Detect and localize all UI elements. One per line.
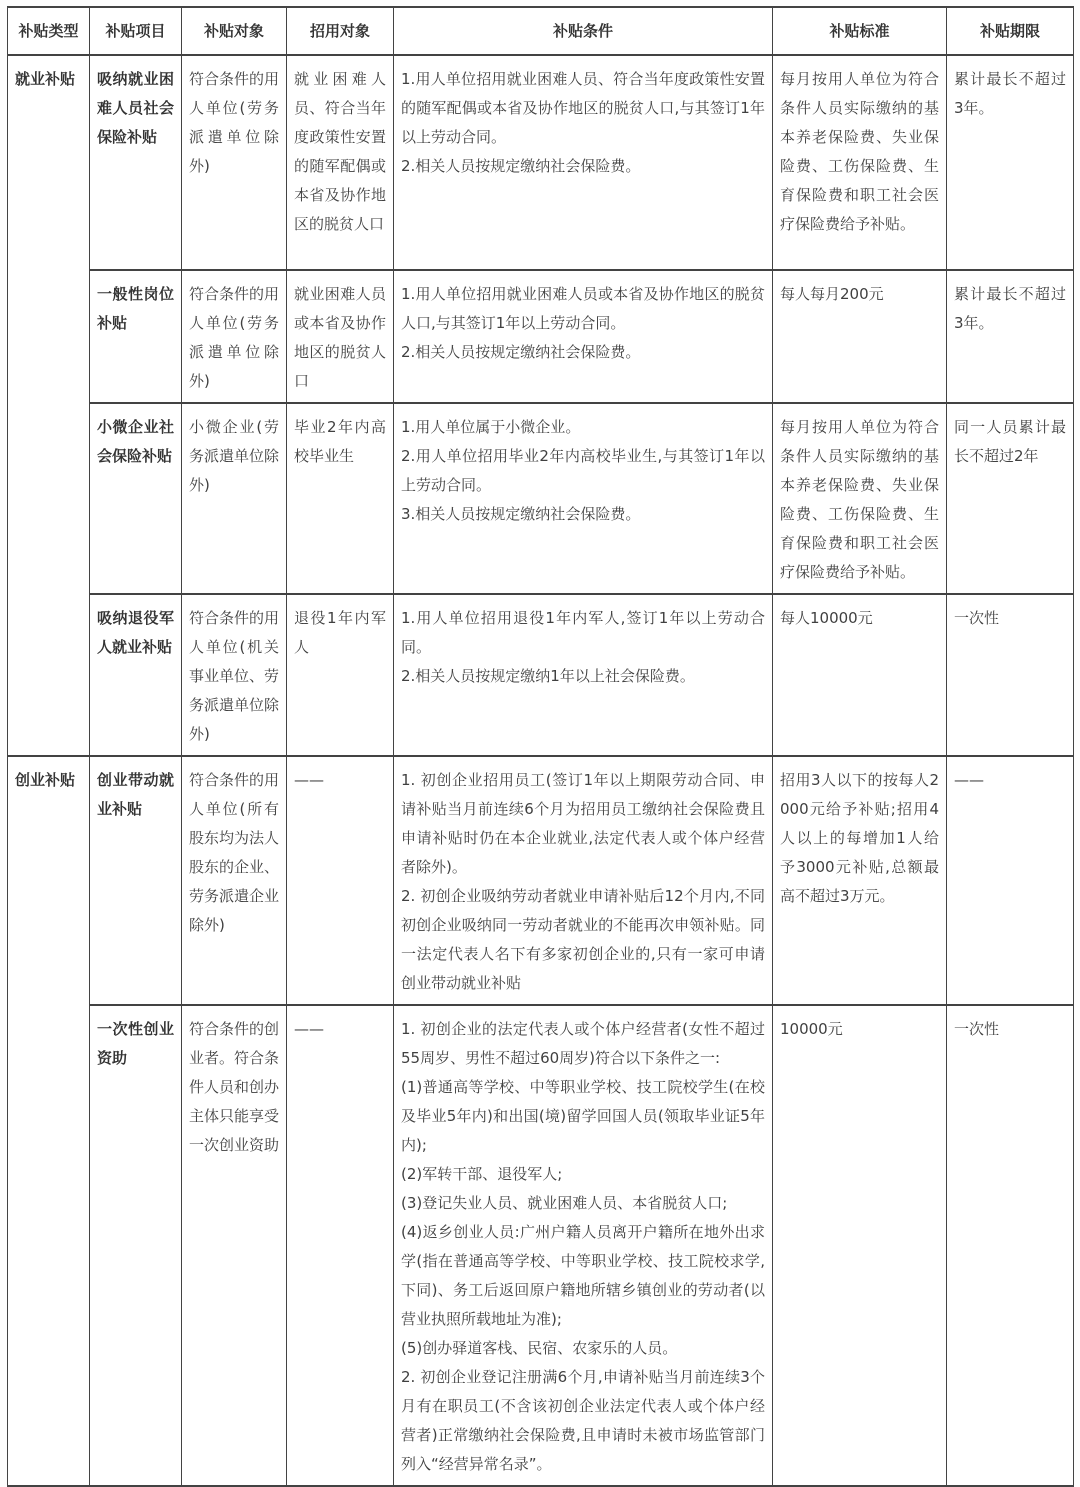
target-cell: 小微企业(劳务派遣单位除外) [182, 403, 287, 594]
recruit-cell: 就业困难人员或本省及协作地区的脱贫人口 [287, 270, 394, 403]
standard-cell: 每月按用人单位为符合条件人员实际缴纳的基本养老保险费、失业保险费、工伤保险费、生… [773, 55, 947, 270]
recruit-cell: 毕业2年内高校毕业生 [287, 403, 394, 594]
recruit-cell: 就业困难人员、符合当年度政策性安置的随军配偶或本省及协作地区的脱贫人口 [287, 55, 394, 270]
header-standard: 补贴标准 [773, 7, 947, 55]
subsidy-table-container: 补贴类型 补贴项目 补贴对象 招用对象 补贴条件 补贴标准 补贴期限 就业补贴 … [0, 0, 1080, 1487]
subsidy-table: 补贴类型 补贴项目 补贴对象 招用对象 补贴条件 补贴标准 补贴期限 就业补贴 … [7, 6, 1074, 1487]
project-cell: 一次性创业资助 [90, 1005, 182, 1486]
period-cell: —— [947, 756, 1074, 1005]
table-row: 创业补贴 创业带动就业补贴 符合条件的用人单位(所有股东均为法人股东的企业、劳务… [8, 756, 1074, 1005]
table-row: 就业补贴 吸纳就业困难人员社会保险补贴 符合条件的用人单位(劳务派遣单位除外) … [8, 55, 1074, 270]
table-row: 吸纳退役军人就业补贴 符合条件的用人单位(机关事业单位、劳务派遣单位除外) 退役… [8, 594, 1074, 756]
header-recruit: 招用对象 [287, 7, 394, 55]
table-row: 一次性创业资助 符合条件的创业者。符合条件人员和创办主体只能享受一次创业资助 —… [8, 1005, 1074, 1486]
category-cell-employment: 就业补贴 [8, 55, 90, 756]
header-project: 补贴项目 [90, 7, 182, 55]
table-row: 一般性岗位补贴 符合条件的用人单位(劳务派遣单位除外) 就业困难人员或本省及协作… [8, 270, 1074, 403]
header-category: 补贴类型 [8, 7, 90, 55]
header-period: 补贴期限 [947, 7, 1074, 55]
period-cell: 一次性 [947, 1005, 1074, 1486]
period-cell: 一次性 [947, 594, 1074, 756]
standard-cell: 每人每月200元 [773, 270, 947, 403]
standard-cell: 每月按用人单位为符合条件人员实际缴纳的基本养老保险费、失业保险费、工伤保险费、生… [773, 403, 947, 594]
target-cell: 符合条件的用人单位(所有股东均为法人股东的企业、劳务派遣企业除外) [182, 756, 287, 1005]
recruit-cell: —— [287, 1005, 394, 1486]
conditions-cell: 1. 初创企业的法定代表人或个体户经营者(女性不超过55周岁、男性不超过60周岁… [394, 1005, 773, 1486]
standard-cell: 10000元 [773, 1005, 947, 1486]
project-cell: 吸纳就业困难人员社会保险补贴 [90, 55, 182, 270]
recruit-cell: —— [287, 756, 394, 1005]
project-cell: 吸纳退役军人就业补贴 [90, 594, 182, 756]
target-cell: 符合条件的用人单位(劳务派遣单位除外) [182, 55, 287, 270]
conditions-cell: 1.用人单位招用就业困难人员或本省及协作地区的脱贫人口,与其签订1年以上劳动合同… [394, 270, 773, 403]
project-cell: 一般性岗位补贴 [90, 270, 182, 403]
conditions-cell: 1.用人单位招用就业困难人员、符合当年度政策性安置的随军配偶或本省及协作地区的脱… [394, 55, 773, 270]
conditions-cell: 1.用人单位属于小微企业。 2.用人单位招用毕业2年内高校毕业生,与其签订1年以… [394, 403, 773, 594]
target-cell: 符合条件的创业者。符合条件人员和创办主体只能享受一次创业资助 [182, 1005, 287, 1486]
target-cell: 符合条件的用人单位(劳务派遣单位除外) [182, 270, 287, 403]
standard-cell: 每人10000元 [773, 594, 947, 756]
project-cell: 创业带动就业补贴 [90, 756, 182, 1005]
period-cell: 累计最长不超过3年。 [947, 270, 1074, 403]
project-cell: 小微企业社会保险补贴 [90, 403, 182, 594]
period-cell: 同一人员累计最长不超过2年 [947, 403, 1074, 594]
header-target: 补贴对象 [182, 7, 287, 55]
table-header-row: 补贴类型 补贴项目 补贴对象 招用对象 补贴条件 补贴标准 补贴期限 [8, 7, 1074, 55]
conditions-cell: 1. 初创企业招用员工(签订1年以上期限劳动合同、申请补贴当月前连续6个月为招用… [394, 756, 773, 1005]
period-cell: 累计最长不超过3年。 [947, 55, 1074, 270]
conditions-cell: 1.用人单位招用退役1年内军人,签订1年以上劳动合同。 2.相关人员按规定缴纳1… [394, 594, 773, 756]
header-conditions: 补贴条件 [394, 7, 773, 55]
table-row: 小微企业社会保险补贴 小微企业(劳务派遣单位除外) 毕业2年内高校毕业生 1.用… [8, 403, 1074, 594]
standard-cell: 招用3人以下的按每人2000元给予补贴;招用4人以上的每增加1人给予3000元补… [773, 756, 947, 1005]
category-cell-entrepreneurship: 创业补贴 [8, 756, 90, 1486]
recruit-cell: 退役1年内军人 [287, 594, 394, 756]
target-cell: 符合条件的用人单位(机关事业单位、劳务派遣单位除外) [182, 594, 287, 756]
